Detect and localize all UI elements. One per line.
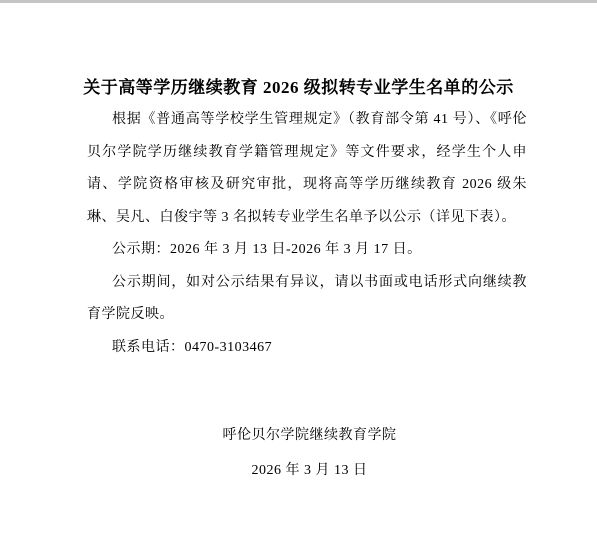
signature-organization: 呼伦贝尔学院继续教育学院: [22, 418, 597, 453]
paragraph-publicity-period: 公示期：2026 年 3 月 13 日-2026 年 3 月 17 日。: [87, 234, 527, 267]
paragraph-basis: 根据《普通高等学校学生管理规定》（教育部令第 41 号）、《呼伦贝尔学院学历继续…: [87, 104, 527, 234]
paragraph-objection: 公示期间，如对公示结果有异议，请以书面或电话形式向继续教育学院反映。: [87, 267, 527, 332]
paragraph-contact-phone: 联系电话：0470-3103467: [87, 332, 527, 365]
notice-body: 根据《普通高等学校学生管理规定》（教育部令第 41 号）、《呼伦贝尔学院学历继续…: [87, 104, 527, 364]
window-top-edge: [0, 0, 597, 3]
signature-block: 呼伦贝尔学院继续教育学院 2026 年 3 月 13 日: [0, 418, 597, 488]
notice-document: 关于高等学历继续教育 2026 级拟转专业学生名单的公示 根据《普通高等学校学生…: [0, 0, 597, 488]
signature-date: 2026 年 3 月 13 日: [22, 453, 597, 488]
notice-title: 关于高等学历继续教育 2026 级拟转专业学生名单的公示: [10, 75, 587, 101]
